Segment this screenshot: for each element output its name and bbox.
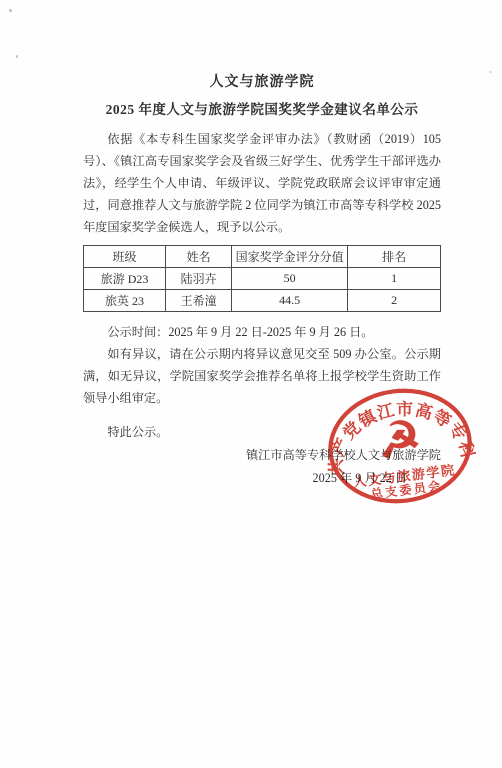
column-header-name: 姓名 [166, 246, 232, 268]
scan-speck [16, 55, 18, 58]
table-row: 旅英 23 王希潼 44.5 2 [84, 290, 441, 312]
scan-speck [489, 71, 492, 73]
table-header-row: 班级 姓名 国家奖学金评分分值 排名 [84, 246, 441, 268]
column-header-score: 国家奖学金评分分值 [232, 246, 348, 268]
signature-block: 镇江市高等专科学校人文与旅游学院 2025 年 9 月 22 日 [246, 447, 441, 486]
cell-rank: 2 [348, 290, 441, 312]
cell-class: 旅英 23 [84, 290, 166, 312]
candidates-table: 班级 姓名 国家奖学金评分分值 排名 旅游 D23 陆羽卉 50 1 旅英 23… [83, 245, 441, 312]
document-page: 人文与旅游学院 2025 年度人文与旅游学院国奖奖学金建议名单公示 依据《本专科… [0, 0, 502, 768]
column-header-rank: 排名 [348, 246, 441, 268]
cell-rank: 1 [348, 268, 441, 290]
cell-score: 44.5 [232, 290, 348, 312]
publicity-period-line: 公示时间：2025 年 9 月 22 日-2025 年 9 月 26 日。 [83, 321, 441, 343]
objection-paragraph: 如有异议，请在公示期内将异议意见交至 509 办公室。公示期满，如无异议，学院国… [83, 343, 441, 409]
document-title: 人文与旅游学院 [83, 74, 441, 92]
document-subtitle: 2025 年度人文与旅游学院国奖奖学金建议名单公示 [83, 101, 441, 119]
document-content: 人文与旅游学院 2025 年度人文与旅游学院国奖奖学金建议名单公示 依据《本专科… [83, 74, 441, 443]
table-row: 旅游 D23 陆羽卉 50 1 [84, 268, 441, 290]
cell-name: 陆羽卉 [166, 268, 232, 290]
cell-score: 50 [232, 268, 348, 290]
cell-class: 旅游 D23 [84, 268, 166, 290]
signature-org: 镇江市高等专科学校人文与旅游学院 [246, 447, 441, 463]
column-header-class: 班级 [84, 246, 166, 268]
cell-name: 王希潼 [166, 290, 232, 312]
closing-line: 特此公示。 [83, 421, 441, 443]
scan-speck [9, 9, 12, 12]
signature-date: 2025 年 9 月 22 日 [313, 470, 407, 486]
intro-paragraph: 依据《本专科生国家奖学金评审办法》（教财函（2019）105 号）、《镇江高专国… [83, 128, 441, 238]
